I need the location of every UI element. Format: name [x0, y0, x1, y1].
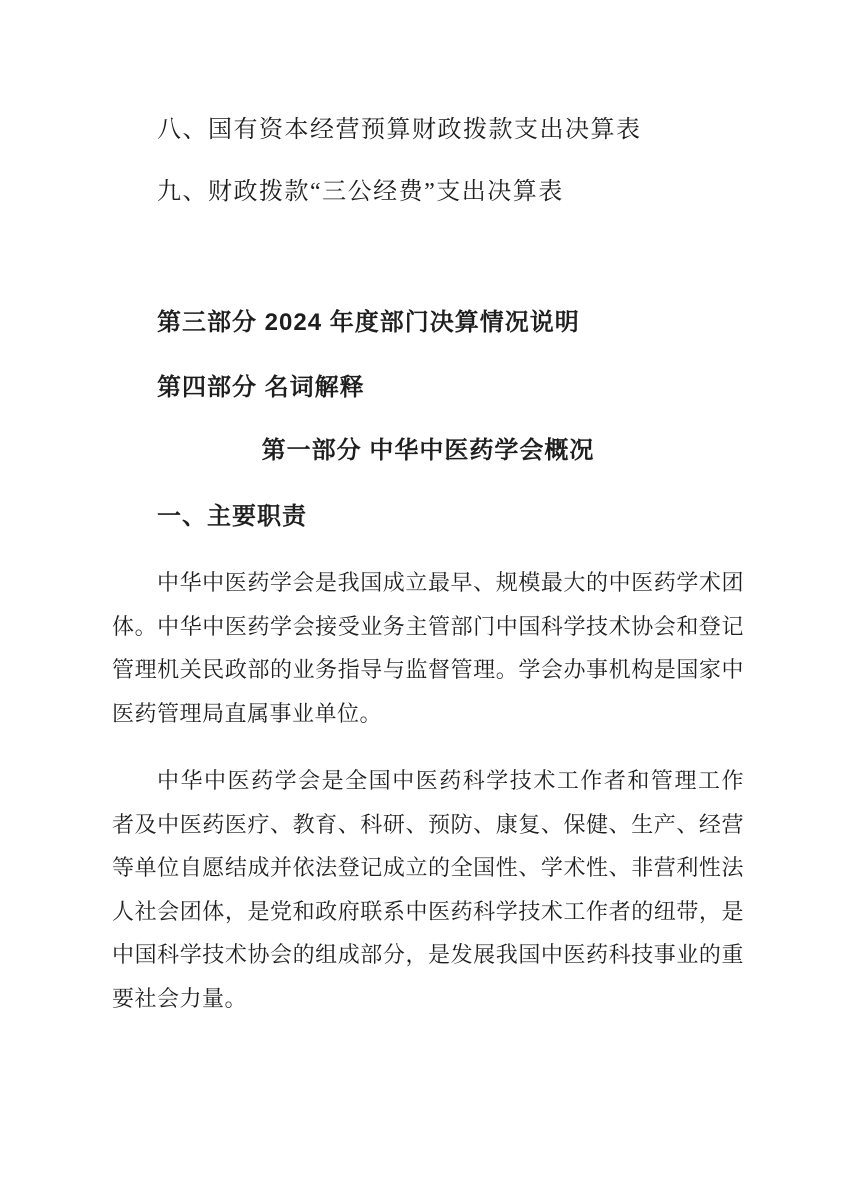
document-page: 八、国有资本经营预算财政拨款支出决算表 九、财政拨款“三公经费”支出决算表 第三…: [0, 0, 848, 1200]
paragraph-1-line: 体。中华中医药学会接受业务主管部门中国科学技术协会和登记: [112, 605, 744, 649]
toc-item-8: 八、国有资本经营预算财政拨款支出决算表: [157, 112, 642, 148]
paragraph-2-line: 者及中医药医疗、教育、科研、预防、康复、保健、生产、经营: [112, 803, 744, 847]
paragraph-1-line: 管理机关民政部的业务指导与监督管理。学会办事机构是国家中: [112, 648, 744, 692]
paragraph-2-line: 中华中医药学会是全国中医药科学技术工作者和管理工作: [112, 759, 744, 803]
paragraph-2-line: 要社会力量。: [112, 977, 744, 1021]
paragraph-2-line: 人社会团体，是党和政府联系中医药科学技术工作者的纽带，是: [112, 890, 744, 934]
paragraph-1-line: 医药管理局直属事业单位。: [112, 692, 744, 736]
section-heading-part3: 第三部分 2024 年度部门决算情况说明: [157, 305, 580, 341]
paragraph-1-line: 中华中医药学会是我国成立最早、规模最大的中医药学术团: [112, 561, 744, 605]
subsection-heading-duties: 一、主要职责: [157, 499, 307, 535]
paragraph-2-line: 中国科学技术协会的组成部分，是发展我国中医药科技事业的重: [112, 933, 744, 977]
paragraph-1: 中华中医药学会是我国成立最早、规模最大的中医药学术团 体。中华中医药学会接受业务…: [112, 561, 744, 735]
section-heading-part4: 第四部分 名词解释: [157, 370, 365, 406]
paragraph-2: 中华中医药学会是全国中医药科学技术工作者和管理工作 者及中医药医疗、教育、科研、…: [112, 759, 744, 1020]
part1-title: 第一部分 中华中医药学会概况: [112, 433, 744, 469]
toc-item-9: 九、财政拨款“三公经费”支出决算表: [157, 174, 564, 210]
paragraph-2-line: 等单位自愿结成并依法登记成立的全国性、学术性、非营利性法: [112, 846, 744, 890]
